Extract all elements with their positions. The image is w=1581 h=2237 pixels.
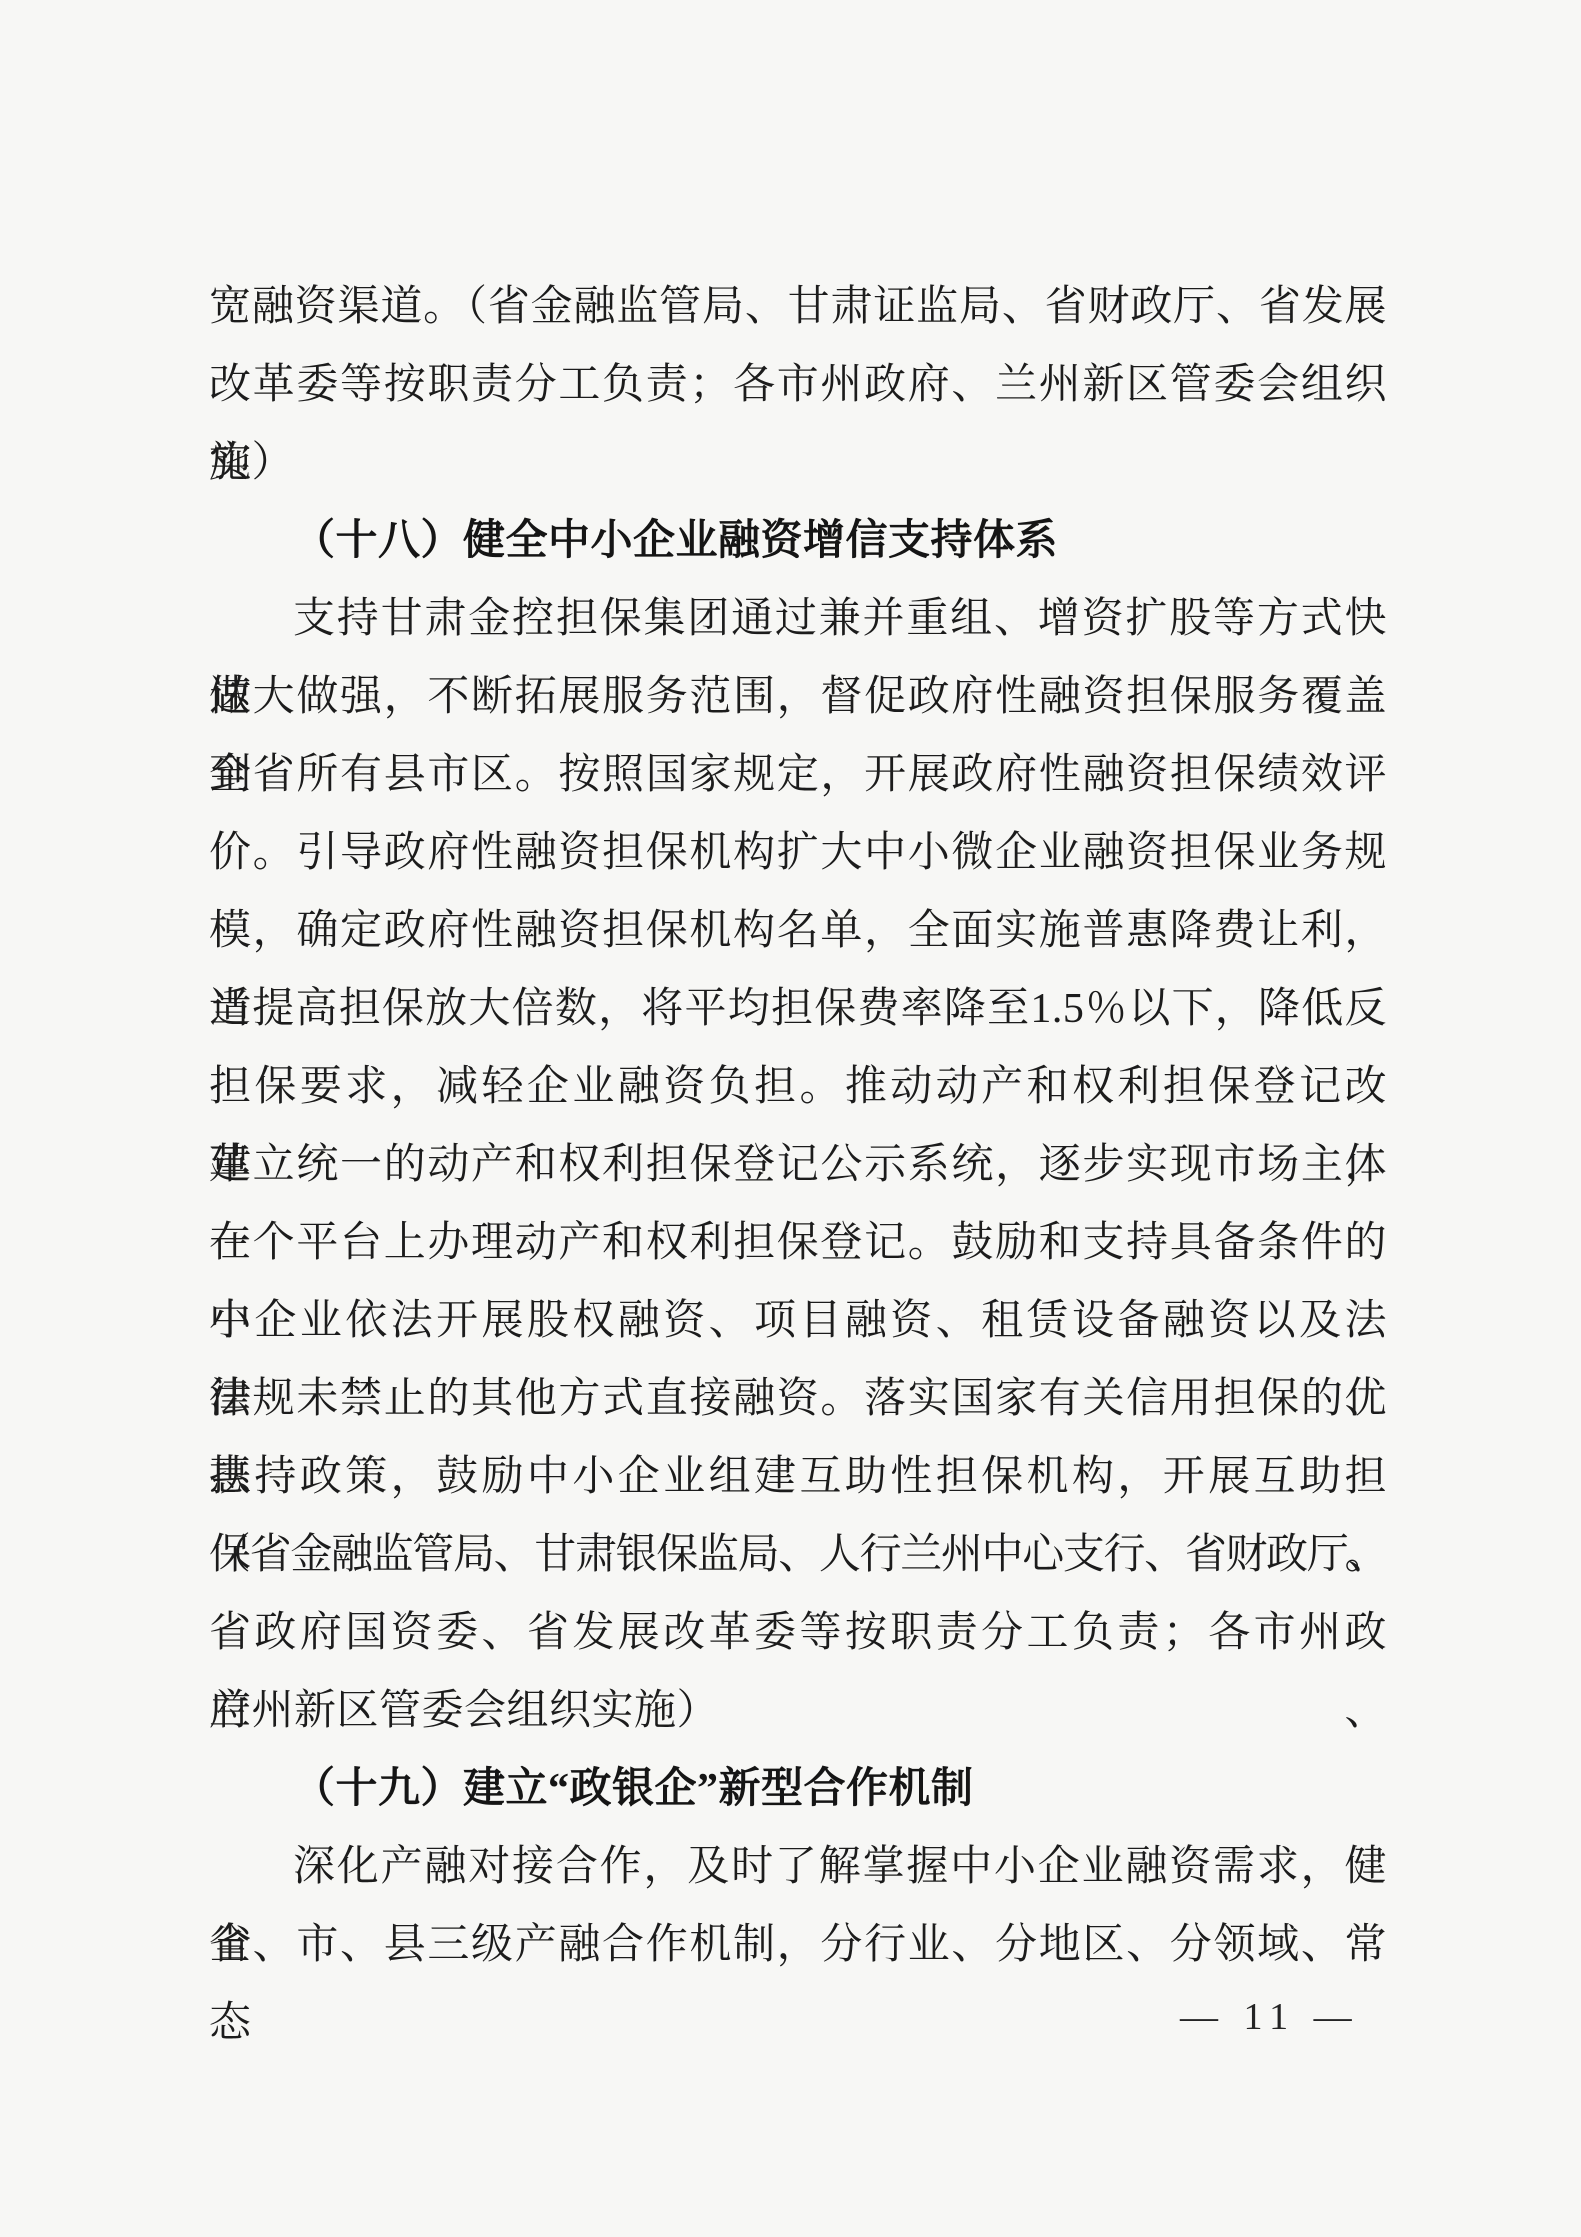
text-line: 省、市、县三级产融合作机制，分行业、分地区、分领域、常态 [209, 1906, 1387, 1984]
text-line: 价。引导政府性融资担保机构扩大中小微企业融资担保业务规 [209, 814, 1387, 892]
text-line: 做大做强，不断拓展服务范围，督促政府性融资担保服务覆盖到 [209, 658, 1387, 736]
text-line: （省金融监管局、甘肃银保监局、人行兰州中心支行、省财政厅、 [209, 1516, 1387, 1594]
text-line: 小企业依法开展股权融资、项目融资、租赁设备融资以及法律、 [209, 1282, 1387, 1360]
text-line: 当提高担保放大倍数，将平均担保费率降至1.5％以下，降低反 [209, 970, 1387, 1048]
section-18-heading: （十八）健全中小企业融资增信支持体系 [209, 502, 1387, 580]
text-line: 一个平台上办理动产和权利担保登记。鼓励和支持具备条件的中 [209, 1204, 1387, 1282]
text-line: 全省所有县市区。按照国家规定，开展政府性融资担保绩效评 [209, 736, 1387, 814]
document-body: 宽融资渠道。（省金融监管局、甘肃证监局、省财政厅、省发展 改革委等按职责分工负责… [209, 268, 1387, 1984]
text-line: 模，确定政府性融资担保机构名单，全面实施普惠降费让利，适 [209, 892, 1387, 970]
text-line: 省政府国资委、省发展改革委等按职责分工负责；各市州政府、 [209, 1594, 1387, 1672]
text-line: 宽融资渠道。（省金融监管局、甘肃证监局、省财政厅、省发展 [209, 268, 1387, 346]
text-line: 支持甘肃金控担保集团通过兼并重组、增资扩股等方式快速 [209, 580, 1387, 658]
section-19-heading: （十九）建立“政银企”新型合作机制 [209, 1750, 1387, 1828]
page-number: — 11 — [1180, 1995, 1360, 2039]
text-line: 深化产融对接合作，及时了解掌握中小企业融资需求，健全 [209, 1828, 1387, 1906]
text-line: 改革委等按职责分工负责；各市州政府、兰州新区管委会组织实 [209, 346, 1387, 424]
text-line: 法规未禁止的其他方式直接融资。落实国家有关信用担保的优惠 [209, 1360, 1387, 1438]
text-line: 担保要求，减轻企业融资负担。推动动产和权利担保登记改革， [209, 1048, 1387, 1126]
text-line: 扶持政策，鼓励中小企业组建互助性担保机构，开展互助担保。 [209, 1438, 1387, 1516]
text-line: 建立统一的动产和权利担保登记公示系统，逐步实现市场主体在 [209, 1126, 1387, 1204]
text-line: 施） [209, 424, 1387, 502]
document-page: 宽融资渠道。（省金融监管局、甘肃证监局、省财政厅、省发展 改革委等按职责分工负责… [0, 0, 1581, 2237]
